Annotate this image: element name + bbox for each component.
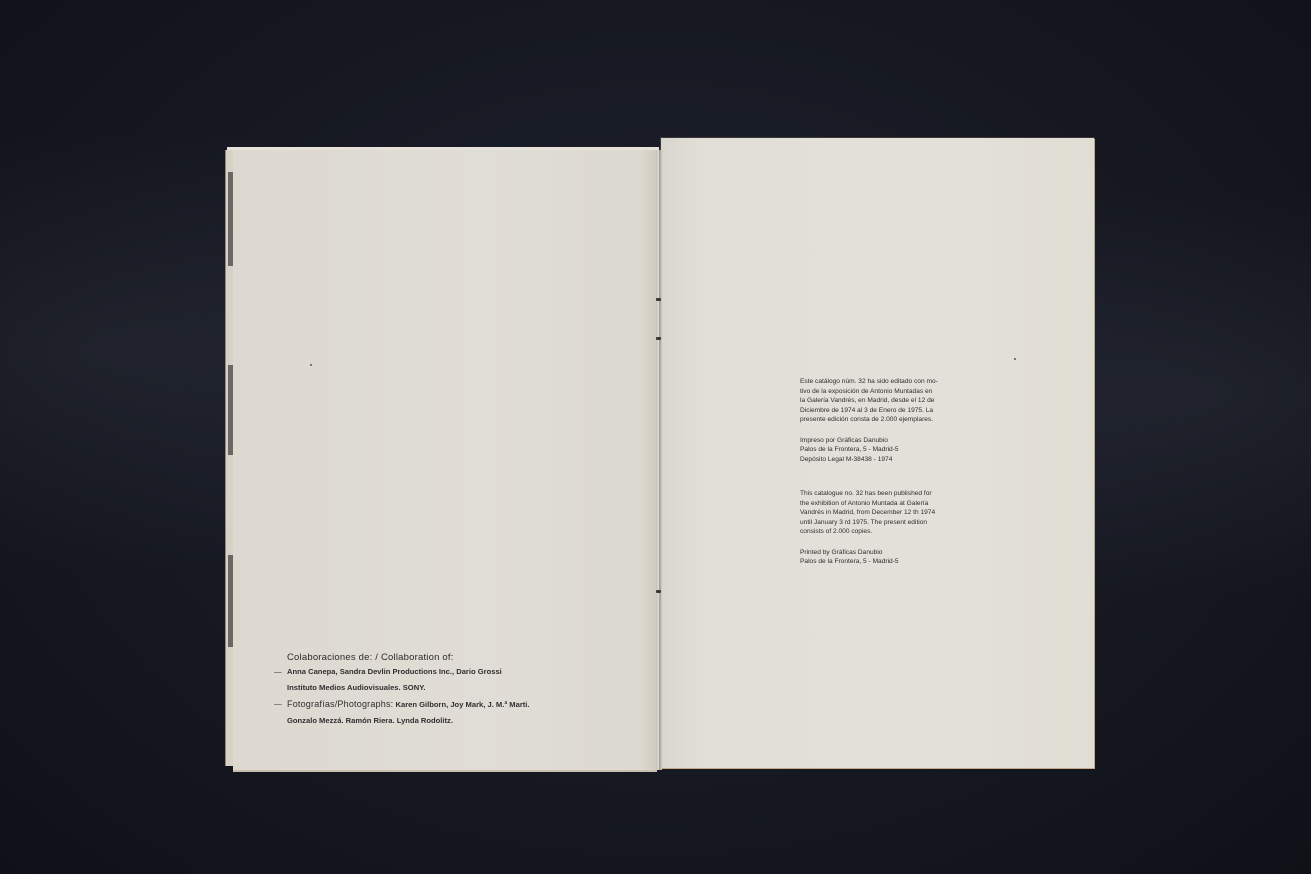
colophon-english: This catalogue no. 32 has been published… (800, 489, 965, 537)
dash-bullet: — (274, 696, 282, 712)
printer-line: Impreso por Gráficas Danubio (800, 436, 965, 446)
open-catalogue: Colaboraciones de: / Collaboration of: —… (0, 0, 1311, 874)
colophon-spanish: Este catálogo núm. 32 ha sido editado co… (800, 377, 965, 425)
credits-heading: Colaboraciones de: / Collaboration of: (287, 651, 587, 664)
paper-speck (1014, 358, 1016, 360)
colophon-line: This catalogue no. 32 has been published… (800, 489, 965, 499)
colophon-line: presente edición consta de 2.000 ejempla… (800, 415, 965, 425)
printer-line: Palos de la Frontera, 5 - Madrid-5 (800, 445, 965, 455)
colophon-line: until January 3 rd 1975. The present edi… (800, 518, 965, 528)
binding-stitch (656, 298, 661, 301)
printer-line: Palos de la Frontera, 5 - Madrid-5 (800, 557, 965, 567)
book-gutter (656, 150, 662, 770)
binding-stitch (656, 590, 661, 593)
dash-bullet: — (274, 664, 282, 680)
credits-block: Colaboraciones de: / Collaboration of: —… (287, 651, 587, 729)
printer-line: Depósito Legal M-38438 - 1974 (800, 455, 965, 465)
colophon-line: Vandrés in Madrid, from December 12 th 1… (800, 508, 965, 518)
photographers-text: Karen Gilborn, Joy Mark, J. M.ª Marti. (393, 700, 529, 709)
printer-info-spanish: Impreso por Gráficas Danubio Palos de la… (800, 436, 965, 465)
collaborators-line: — Anna Canepa, Sandra Devlin Productions… (287, 664, 587, 680)
collaborators-line: Instituto Medios Audiovisuales. SONY. (287, 680, 587, 696)
photographs-label: Fotografías/Photographs: (287, 699, 393, 709)
colophon-line: consists of 2.000 copies. (800, 527, 965, 537)
colophon-line: tivo de la exposición de Antonio Muntada… (800, 387, 965, 397)
photographers-line: — Fotografías/Photographs: Karen Gilborn… (287, 696, 587, 713)
collaborators-text: Anna Canepa, Sandra Devlin Productions I… (287, 667, 502, 676)
colophon-line: Diciembre de 1974 al 3 de Enero de 1975.… (800, 406, 965, 416)
paper-speck (310, 364, 312, 366)
colophon-block: Este catálogo núm. 32 ha sido editado co… (800, 377, 965, 567)
colophon-line: the exhibition of Antonio Muntada at Gal… (800, 499, 965, 509)
colophon-line: Este catálogo núm. 32 ha sido editado co… (800, 377, 965, 387)
printer-info-english: Printed by Gráficas Danubio Palos de la … (800, 548, 965, 567)
binding-stitch (656, 337, 661, 340)
printer-line: Printed by Gráficas Danubio (800, 548, 965, 558)
colophon-line: la Galería Vandrés, en Madrid, desde el … (800, 396, 965, 406)
photographers-line: Gonzalo Mezzá. Ramón Riera. Lynda Rodoli… (287, 713, 587, 729)
